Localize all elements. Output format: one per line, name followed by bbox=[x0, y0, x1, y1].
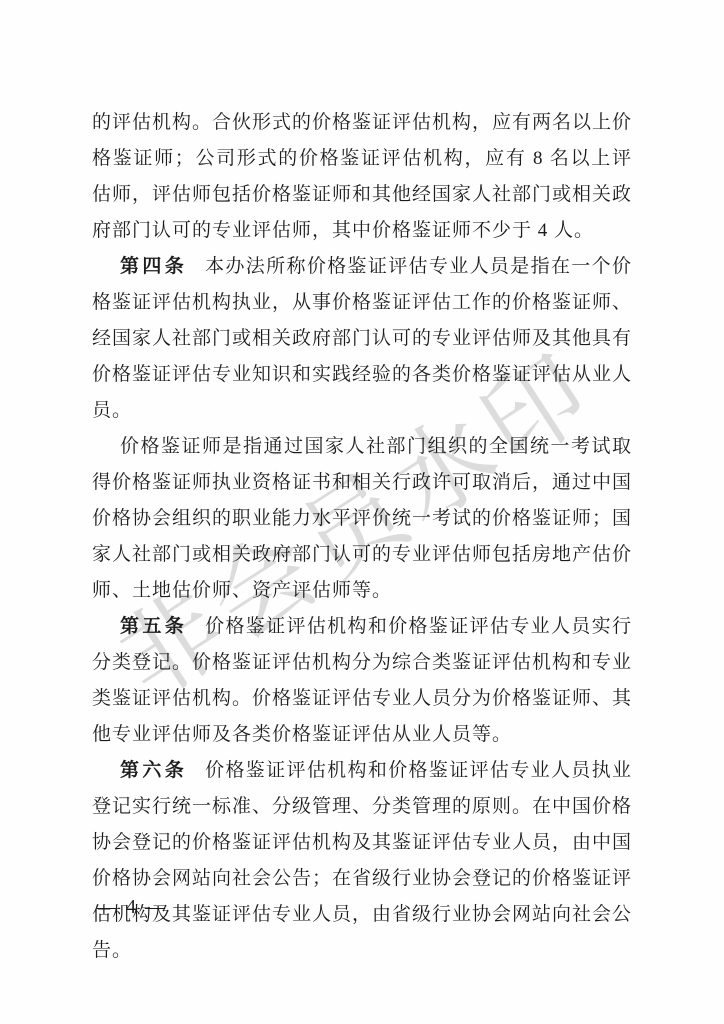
paragraph-text: 本办法所称价格鉴证评估专业人员是指在一个价格鉴证评估机构执业，从事价格鉴证评估工… bbox=[92, 256, 632, 421]
paragraph-article-4: 第四条本办法所称价格鉴证评估专业人员是指在一个价格鉴证评估机构执业，从事价格鉴证… bbox=[92, 249, 632, 429]
paragraph-continuation: 的评估机构。合伙形式的价格鉴证评估机构，应有两名以上价格鉴证师；公司形式的价格鉴… bbox=[92, 105, 632, 249]
document-page: 非会员水印 的评估机构。合伙形式的价格鉴证评估机构，应有两名以上价格鉴证师；公司… bbox=[0, 0, 724, 1024]
paragraph-text: 价格鉴证评估机构和价格鉴证评估专业人员执业登记实行统一标准、分级管理、分类管理的… bbox=[92, 760, 632, 961]
article-5-number: 第五条 bbox=[120, 616, 187, 637]
paragraph-text: 价格鉴证师是指通过国家人社部门组织的全国统一考试取得价格鉴证师执业资格证书和相关… bbox=[92, 436, 632, 601]
paragraph-article-5: 第五条价格鉴证评估机构和价格鉴证评估专业人员实行分类登记。价格鉴证评估机构分为综… bbox=[92, 609, 632, 753]
paragraph-appraiser-definition: 价格鉴证师是指通过国家人社部门组织的全国统一考试取得价格鉴证师执业资格证书和相关… bbox=[92, 429, 632, 609]
article-6-number: 第六条 bbox=[120, 760, 187, 781]
document-body: 的评估机构。合伙形式的价格鉴证评估机构，应有两名以上价格鉴证师；公司形式的价格鉴… bbox=[92, 105, 632, 969]
article-4-number: 第四条 bbox=[120, 256, 187, 277]
paragraph-text: 的评估机构。合伙形式的价格鉴证评估机构，应有两名以上价格鉴证师；公司形式的价格鉴… bbox=[92, 112, 632, 241]
page-number: — 4 — bbox=[97, 896, 167, 919]
paragraph-article-6: 第六条价格鉴证评估机构和价格鉴证评估专业人员执业登记实行统一标准、分级管理、分类… bbox=[92, 753, 632, 969]
